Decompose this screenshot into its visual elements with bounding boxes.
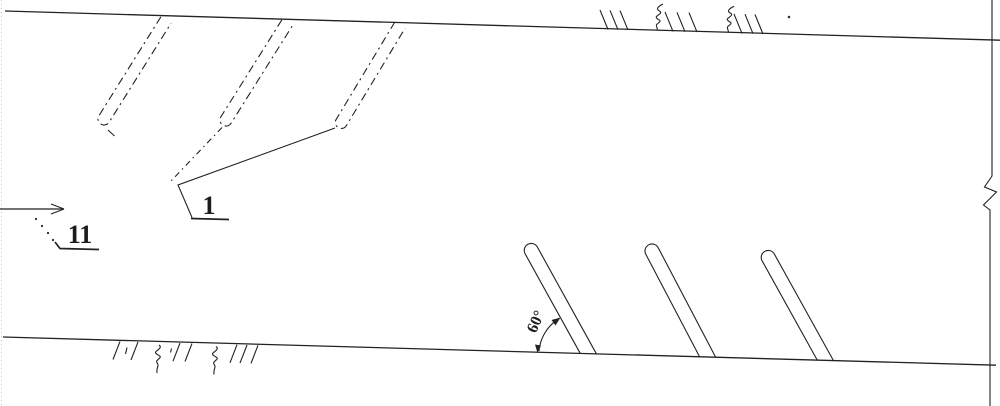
hatch-tick <box>677 12 685 32</box>
hatch-dash <box>171 349 172 353</box>
section-marker-11: 11 <box>0 204 99 250</box>
angle-arrowhead-upper <box>552 318 561 326</box>
bottom-boundary-line <box>3 337 996 365</box>
hatch-tick <box>113 341 120 359</box>
hatch-tick <box>610 10 618 30</box>
hatch-tick <box>173 343 180 361</box>
solid-borehole-2 <box>645 244 716 357</box>
dashed-borehole-1 <box>98 17 171 125</box>
leader-part-1: 1 <box>171 128 335 221</box>
dashed-borehole-2 <box>220 20 292 126</box>
hatch-tick <box>620 11 628 31</box>
reference-dot <box>788 16 791 19</box>
solid-borehole-group <box>524 243 833 360</box>
break-squiggle <box>727 6 734 32</box>
hatch-dash <box>126 348 128 355</box>
hatch-tick <box>734 14 742 34</box>
patent-figure-canvas: 1 11 60° <box>0 0 1000 406</box>
hatch-tick <box>185 343 192 361</box>
break-squiggle <box>213 347 218 375</box>
hatching-bottom <box>113 341 258 374</box>
hatch-tick <box>131 342 138 360</box>
hatch-tick <box>755 15 763 35</box>
angle-dimension: 60° <box>524 308 561 353</box>
top-boundary-line <box>5 11 1000 40</box>
right-break-line <box>984 0 997 406</box>
dotted-leader-11 <box>35 218 54 241</box>
dash-fragment <box>108 130 115 136</box>
part-label-1: 1 <box>203 191 216 220</box>
break-squiggle <box>156 345 161 373</box>
solid-borehole-1 <box>524 243 596 353</box>
tunnel-drilling-diagram: 1 11 60° <box>0 0 1000 406</box>
leader-dashdot-segment <box>171 128 222 182</box>
hatch-tick <box>230 345 237 363</box>
part-label-11: 11 <box>68 220 93 249</box>
dashed-borehole-group <box>98 17 405 136</box>
hatch-tick <box>665 12 673 32</box>
hatch-tick <box>745 14 753 34</box>
hatch-tick <box>600 10 608 30</box>
dashed-borehole-3 <box>335 22 405 129</box>
hatch-tick <box>240 345 247 363</box>
angle-label: 60° <box>524 308 549 335</box>
break-squiggle <box>656 4 663 30</box>
hatch-tick <box>689 13 697 32</box>
solid-borehole-3 <box>761 250 833 360</box>
hatch-tick <box>251 345 258 363</box>
